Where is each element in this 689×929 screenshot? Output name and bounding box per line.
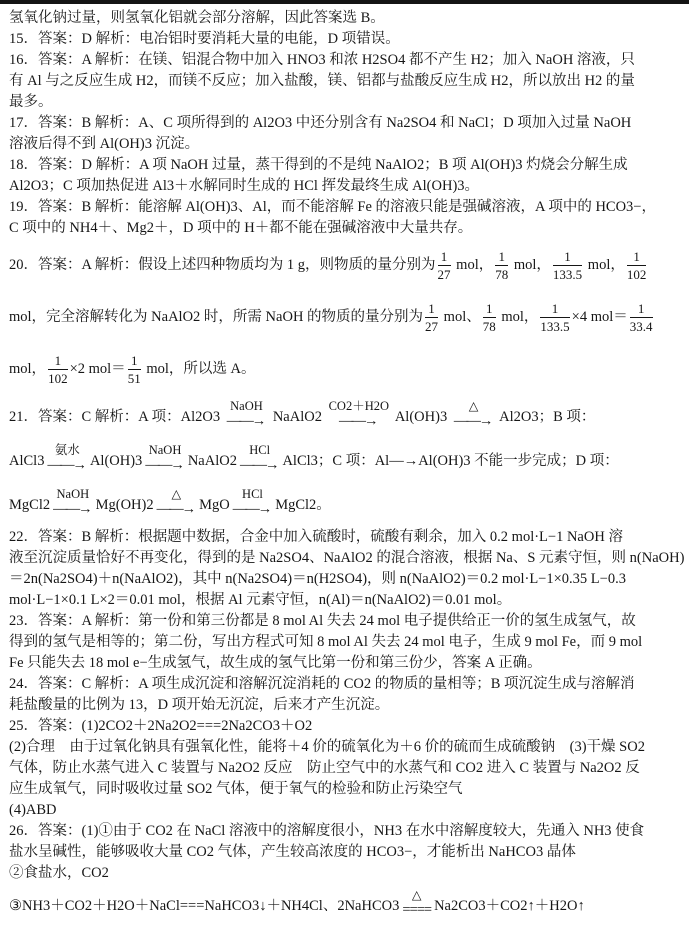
doc-line: 17．答案：B 解析：A、C 项所得到的 Al2O3 中还分别含有 Na2SO4… — [9, 113, 681, 134]
doc-text: (2)合理 由于过氧化钠具有强氧化性，能将＋4 价的硫氧化为＋6 价的硫而生成硫… — [9, 739, 645, 755]
doc-line: 盐水呈碱性，能够吸收大量 CO2 气体，产生较高浓度的 HCO3−，才能析出 N… — [9, 842, 681, 863]
doc-text: mol、 — [440, 309, 481, 325]
doc-text: 24．答案：C 解析：A 项生成沉淀和溶解沉淀消耗的 CO2 的物质的量相等；B… — [9, 676, 635, 692]
doc-text: mol， — [453, 257, 494, 273]
fraction-numerator: 1 — [425, 302, 438, 318]
doc-text: Fe 只能失去 18 mol e−生成氢气，故生成的氢气比第一份和第三份少，答案… — [9, 655, 542, 671]
doc-line: 22．答案：B 解析：根据题中数据，合金中加入硫酸时，硫酸有剩余，加入 0.2 … — [9, 527, 681, 548]
doc-text: 液至沉淀质量恰好不再变化，得到的是 Na2SO4、NaAlO2 的混合溶液，根据… — [9, 550, 684, 566]
fraction-numerator: 1 — [48, 354, 68, 370]
doc-line: (2)合理 由于过氧化钠具有强氧化性，能将＋4 价的硫氧化为＋6 价的硫而生成硫… — [9, 737, 681, 758]
reaction-condition-label: NaOH — [145, 444, 185, 457]
doc-text: MgCl2 — [9, 497, 50, 513]
doc-text: (4)ABD — [9, 802, 57, 818]
fraction-numerator: 1 — [483, 302, 496, 318]
doc-text: ×4 mol＝ — [572, 309, 628, 325]
equals-sign: ==== — [402, 903, 431, 918]
doc-line: 溶液后得不到 Al(OH)3 沉淀。 — [9, 134, 681, 155]
doc-text: MgO — [199, 497, 230, 513]
doc-line: 氢氧化钠过量，则氢氧化铝就会部分溶解，因此答案选 B。 — [9, 8, 681, 29]
fraction-numerator: 1 — [627, 250, 647, 266]
doc-text: ③NH3＋CO2＋H2O＋NaCl===NaHCO3↓＋NH4Cl、2NaHCO… — [9, 898, 399, 914]
labeled-reaction-arrow: CO2＋H2O——→ — [329, 400, 389, 429]
fraction-denominator: 27 — [425, 318, 438, 333]
fraction-numerator: 1 — [128, 354, 141, 370]
fraction-numerator: 1 — [630, 302, 653, 318]
reaction-condition-label: △ — [454, 400, 494, 413]
doc-line: Fe 只能失去 18 mol e−生成氢气，故生成的氢气比第一份和第三份少，答案… — [9, 653, 681, 674]
doc-text: mol， — [510, 257, 551, 273]
labeled-reaction-arrow: HCl——→ — [240, 444, 280, 473]
doc-text: 26．答案：(1)①由于 CO2 在 NaCl 溶液中的溶解度很小，NH3 在水… — [9, 823, 644, 839]
fraction: 1102 — [48, 354, 68, 385]
doc-text: NaAlO2 — [269, 409, 325, 425]
doc-text: mol， — [498, 309, 539, 325]
doc-text: Al(OH)3 — [90, 453, 142, 469]
labeled-reaction-arrow: NaOH——→ — [227, 400, 267, 429]
fraction-denominator: 51 — [128, 370, 141, 385]
doc-text: 19．答案：B 解析：能溶解 Al(OH)3、Al，而不能溶解 Fe 的溶液只能… — [9, 199, 656, 215]
reaction-condition-label: HCl — [240, 444, 280, 457]
doc-text: 气体，防止水蒸气进入 C 装置与 Na2O2 反应 防止空气中的水蒸气和 CO2… — [9, 760, 640, 776]
labeled-equals: △==== — [402, 889, 431, 918]
labeled-reaction-arrow: HCl——→ — [233, 488, 273, 517]
doc-line: mol·L−1×0.1 L×2＝0.01 mol，根据 Al 元素守恒，n(Al… — [9, 590, 681, 611]
doc-text: 得到的氢气是相等的；第二份，写出方程式可知 8 mol Al 失去 24 mol… — [9, 634, 642, 650]
doc-text: Al(OH)3 — [392, 409, 451, 425]
doc-line: ③NH3＋CO2＋H2O＋NaCl===NaHCO3↓＋NH4Cl、2NaHCO… — [9, 884, 681, 928]
fraction: 1133.5 — [553, 250, 582, 281]
doc-line: 应生成氧气，同时吸收过量 SO2 气体，便于氧气的检验和防止污染空气 — [9, 779, 681, 800]
doc-line: AlCl3氨水——→Al(OH)3NaOH——→NaAlO2HCl——→AlCl… — [9, 439, 681, 483]
doc-line: 21．答案：C 解析：A 项：Al2O3 NaOH——→ NaAlO2 CO2＋… — [9, 395, 681, 439]
fraction-denominator: 78 — [495, 266, 508, 281]
doc-line: 25．答案：(1)2CO2＋2Na2O2===2Na2CO3＋O2 — [9, 716, 681, 737]
fraction: 1133.5 — [540, 302, 569, 333]
reaction-arrow-icon: ——→ — [227, 414, 267, 429]
reaction-arrow-icon: ——→ — [240, 458, 280, 473]
doc-line: 液至沉淀质量恰好不再变化，得到的是 Na2SO4、NaAlO2 的混合溶液，根据… — [9, 548, 681, 569]
labeled-reaction-arrow: NaOH——→ — [145, 444, 185, 473]
doc-text: 23．答案：A 解析：第一份和第三份都是 8 mol Al 失去 24 mol … — [9, 613, 636, 629]
reaction-arrow-icon: ——→ — [47, 458, 87, 473]
fraction-denominator: 27 — [438, 266, 451, 281]
doc-line: (4)ABD — [9, 800, 681, 821]
reaction-arrow-icon: ——→ — [233, 502, 273, 517]
doc-line: 气体，防止水蒸气进入 C 装置与 Na2O2 反应 防止空气中的水蒸气和 CO2… — [9, 758, 681, 779]
doc-text: 溶液后得不到 Al(OH)3 沉淀。 — [9, 136, 199, 152]
labeled-reaction-arrow: 氨水——→ — [47, 444, 87, 473]
doc-line: C 项中的 NH4＋、Mg2＋，D 项中的 H＋都不能在强碱溶液中大量共存。 — [9, 218, 681, 239]
doc-line: 24．答案：C 解析：A 项生成沉淀和溶解沉淀消耗的 CO2 的物质的量相等；B… — [9, 674, 681, 695]
fraction-numerator: 1 — [495, 250, 508, 266]
doc-text: mol， — [584, 257, 625, 273]
doc-line: 23．答案：A 解析：第一份和第三份都是 8 mol Al 失去 24 mol … — [9, 611, 681, 632]
answer-document: 氢氧化钠过量，则氢氧化铝就会部分溶解，因此答案选 B。15．答案：D 解析：电冶… — [0, 4, 689, 928]
doc-line: 20．答案：A 解析：假设上述四种物质均为 1 g，则物质的量分别为127 mo… — [9, 239, 681, 291]
fraction-numerator: 1 — [438, 250, 451, 266]
fraction-denominator: 33.4 — [630, 318, 653, 333]
reaction-arrow-icon: ——→ — [145, 458, 185, 473]
doc-text: 有 Al 与之反应生成 H2，而镁不反应；加入盐酸，镁、铝都与盐酸反应生成 H2… — [9, 73, 635, 89]
doc-text: ＝2n(Na2SO4)＋n(NaAlO2)，其中 n(Na2SO4)＝n(H2S… — [9, 571, 626, 587]
doc-text: 22．答案：B 解析：根据题中数据，合金中加入硫酸时，硫酸有剩余，加入 0.2 … — [9, 529, 623, 545]
doc-text: 氢氧化钠过量，则氢氧化铝就会部分溶解，因此答案选 B。 — [9, 10, 385, 26]
fraction: 1102 — [627, 250, 647, 281]
doc-text: ×2 mol＝ — [70, 361, 126, 377]
reaction-condition-label: CO2＋H2O — [329, 400, 389, 413]
doc-text: mol， — [9, 361, 46, 377]
doc-line: 19．答案：B 解析：能溶解 Al(OH)3、Al，而不能溶解 Fe 的溶液只能… — [9, 197, 681, 218]
doc-text: 20．答案：A 解析：假设上述四种物质均为 1 g，则物质的量分别为 — [9, 257, 436, 273]
doc-line: Al2O3；C 项加热促进 Al3＋水解同时生成的 HCl 挥发最终生成 Al(… — [9, 176, 681, 197]
fraction: 133.4 — [630, 302, 653, 333]
doc-line: MgCl2NaOH——→Mg(OH)2△——→MgOHCl——→MgCl2。 — [9, 483, 681, 527]
doc-line: mol，完全溶解转化为 NaAlO2 时，所需 NaOH 的物质的量分别为127… — [9, 291, 681, 343]
doc-line: 15．答案：D 解析：电冶铝时要消耗大量的电能，D 项错误。 — [9, 29, 681, 50]
fraction: 178 — [495, 250, 508, 281]
fraction: 127 — [425, 302, 438, 333]
doc-text: Al2O3；C 项加热促进 Al3＋水解同时生成的 HCl 挥发最终生成 Al(… — [9, 178, 479, 194]
doc-text: Al2O3；B 项： — [496, 409, 595, 425]
doc-line: 耗盐酸量的比例为 13，D 项开始无沉淀，后来才产生沉淀。 — [9, 695, 681, 716]
doc-text: 18．答案：D 解析：A 项 NaOH 过量，蒸干得到的不是纯 NaAlO2；B… — [9, 157, 628, 173]
doc-text: NaAlO2 — [188, 453, 237, 469]
fraction-denominator: 133.5 — [553, 266, 582, 281]
fraction: 178 — [483, 302, 496, 333]
doc-text: mol，所以选 A。 — [143, 361, 256, 377]
reaction-condition-label: HCl — [233, 488, 273, 501]
doc-line: ＝2n(Na2SO4)＋n(NaAlO2)，其中 n(Na2SO4)＝n(H2S… — [9, 569, 681, 590]
doc-text: ②食盐水，CO2 — [9, 865, 109, 881]
reaction-condition-label: 氨水 — [47, 444, 87, 457]
doc-line: 26．答案：(1)①由于 CO2 在 NaCl 溶液中的溶解度很小，NH3 在水… — [9, 821, 681, 842]
doc-text: AlCl3；C 项：Al—→Al(OH)3 不能一步完成；D 项： — [282, 453, 618, 469]
fraction: 127 — [438, 250, 451, 281]
doc-text: 应生成氧气，同时吸收过量 SO2 气体，便于氧气的检验和防止污染空气 — [9, 781, 463, 797]
fraction-numerator: 1 — [540, 302, 569, 318]
reaction-arrow-icon: ——→ — [329, 414, 389, 429]
doc-text: 17．答案：B 解析：A、C 项所得到的 Al2O3 中还分别含有 Na2SO4… — [9, 115, 631, 131]
fraction-denominator: 102 — [627, 266, 647, 281]
doc-line: mol，1102×2 mol＝151 mol，所以选 A。 — [9, 343, 681, 395]
reaction-arrow-icon: ——→ — [157, 502, 197, 517]
doc-line: 得到的氢气是相等的；第二份，写出方程式可知 8 mol Al 失去 24 mol… — [9, 632, 681, 653]
doc-line: ②食盐水，CO2 — [9, 863, 681, 884]
doc-line: 有 Al 与之反应生成 H2，而镁不反应；加入盐酸，镁、铝都与盐酸反应生成 H2… — [9, 71, 681, 92]
labeled-reaction-arrow: △——→ — [157, 488, 197, 517]
reaction-condition-label: △ — [157, 488, 197, 501]
doc-text: C 项中的 NH4＋、Mg2＋，D 项中的 H＋都不能在强碱溶液中大量共存。 — [9, 220, 472, 236]
fraction-denominator: 102 — [48, 370, 68, 385]
doc-text: 耗盐酸量的比例为 13，D 项开始无沉淀，后来才产生沉淀。 — [9, 697, 389, 713]
labeled-reaction-arrow: △——→ — [454, 400, 494, 429]
doc-text: mol，完全溶解转化为 NaAlO2 时，所需 NaOH 的物质的量分别为 — [9, 309, 423, 325]
doc-text: 25．答案：(1)2CO2＋2Na2O2===2Na2CO3＋O2 — [9, 718, 312, 734]
reaction-arrow-icon: ——→ — [454, 414, 494, 429]
reaction-condition-label: △ — [402, 889, 431, 902]
fraction: 151 — [128, 354, 141, 385]
doc-text: 最多。 — [9, 94, 53, 110]
doc-line: 16．答案：A 解析：在镁、铝混合物中加入 HNO3 和浓 H2SO4 都不产生… — [9, 50, 681, 71]
doc-text: 16．答案：A 解析：在镁、铝混合物中加入 HNO3 和浓 H2SO4 都不产生… — [9, 52, 635, 68]
reaction-condition-label: NaOH — [53, 488, 93, 501]
doc-line: 最多。 — [9, 92, 681, 113]
fraction-denominator: 78 — [483, 318, 496, 333]
reaction-condition-label: NaOH — [227, 400, 267, 413]
fraction-denominator: 133.5 — [540, 318, 569, 333]
doc-line: 18．答案：D 解析：A 项 NaOH 过量，蒸干得到的不是纯 NaAlO2；B… — [9, 155, 681, 176]
doc-text: 盐水呈碱性，能够吸收大量 CO2 气体，产生较高浓度的 HCO3−，才能析出 N… — [9, 844, 576, 860]
doc-text: AlCl3 — [9, 453, 44, 469]
fraction-numerator: 1 — [553, 250, 582, 266]
doc-text: mol·L−1×0.1 L×2＝0.01 mol，根据 Al 元素守恒，n(Al… — [9, 592, 511, 608]
doc-text: Mg(OH)2 — [96, 497, 154, 513]
page: { "page": { "background": "#ffffff", "te… — [0, 0, 689, 929]
doc-text: Na2CO3＋CO2↑＋H2O↑ — [434, 898, 585, 914]
doc-text: 21．答案：C 解析：A 项：Al2O3 — [9, 409, 224, 425]
doc-text: 15．答案：D 解析：电冶铝时要消耗大量的电能，D 项错误。 — [9, 31, 400, 47]
labeled-reaction-arrow: NaOH——→ — [53, 488, 93, 517]
reaction-arrow-icon: ——→ — [53, 502, 93, 517]
doc-text: MgCl2。 — [275, 497, 331, 513]
